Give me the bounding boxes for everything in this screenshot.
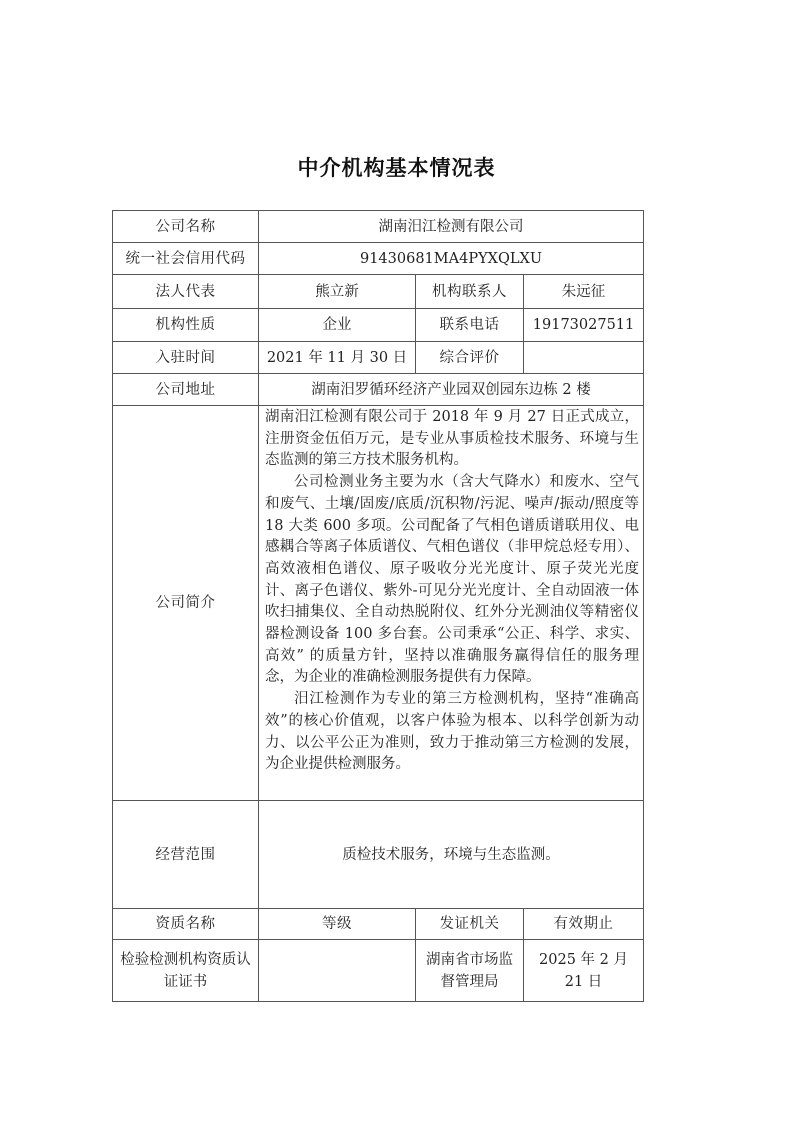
company-name-label: 公司名称 [113, 211, 259, 243]
row-intro: 公司简介 湖南汨江检测有限公司于 2018 年 9 月 27 日正式成立，注册资… [113, 406, 644, 801]
valid-until-header: 有效期止 [524, 909, 644, 940]
qualification-level [259, 940, 416, 1002]
company-name-value: 湖南汨江检测有限公司 [259, 211, 644, 243]
entry-date-value: 2021 年 11 月 30 日 [259, 342, 416, 374]
phone-value: 19173027511 [524, 309, 644, 342]
row-legal-rep: 法人代表 熊立新 机构联系人 朱远征 [113, 275, 644, 309]
row-company-name: 公司名称 湖南汨江检测有限公司 [113, 211, 644, 243]
legal-rep-value: 熊立新 [259, 275, 416, 309]
row-entry-date: 入驻时间 2021 年 11 月 30 日 综合评价 [113, 342, 644, 374]
issuing-authority: 湖南省市场监督管理局 [416, 940, 524, 1002]
qualification-name-header: 资质名称 [113, 909, 259, 940]
row-business-scope: 经营范围 质检技术服务，环境与生态监测。 [113, 801, 644, 909]
address-label: 公司地址 [113, 374, 259, 406]
address-value: 湖南汨罗循环经济产业园双创园东边栋 2 楼 [259, 374, 644, 406]
qualification-row: 检验检测机构资质认证证书 湖南省市场监督管理局 2025 年 2 月 21 日 [113, 940, 644, 1002]
intro-paragraph-2: 公司检测业务主要为水（含大气降水）和废水、空气和废气、土壤/固废/底质/沉积物/… [265, 472, 639, 689]
qualification-header-row: 资质名称 等级 发证机关 有效期止 [113, 909, 644, 940]
phone-label: 联系电话 [416, 309, 524, 342]
business-scope-value: 质检技术服务，环境与生态监测。 [259, 801, 644, 909]
row-credit-code: 统一社会信用代码 91430681MA4PYXQLXU [113, 243, 644, 275]
agency-info-table: 公司名称 湖南汨江检测有限公司 统一社会信用代码 91430681MA4PYXQ… [112, 210, 644, 1002]
intro-content: 湖南汨江检测有限公司于 2018 年 9 月 27 日正式成立，注册资金伍佰万元… [259, 406, 644, 801]
contact-person-value: 朱远征 [524, 275, 644, 309]
qualification-name: 检验检测机构资质认证证书 [113, 940, 259, 1002]
credit-code-label: 统一社会信用代码 [113, 243, 259, 275]
page-title: 中介机构基本情况表 [0, 152, 793, 182]
valid-until: 2025 年 2 月 21 日 [524, 940, 644, 1002]
rating-label: 综合评价 [416, 342, 524, 374]
contact-person-label: 机构联系人 [416, 275, 524, 309]
legal-rep-label: 法人代表 [113, 275, 259, 309]
org-type-label: 机构性质 [113, 309, 259, 342]
business-scope-label: 经营范围 [113, 801, 259, 909]
rating-value [524, 342, 644, 374]
row-address: 公司地址 湖南汨罗循环经济产业园双创园东边栋 2 楼 [113, 374, 644, 406]
row-org-type: 机构性质 企业 联系电话 19173027511 [113, 309, 644, 342]
intro-label: 公司简介 [113, 406, 259, 801]
org-type-value: 企业 [259, 309, 416, 342]
credit-code-value: 91430681MA4PYXQLXU [259, 243, 644, 275]
intro-paragraph-1: 湖南汨江检测有限公司于 2018 年 9 月 27 日正式成立，注册资金伍佰万元… [265, 407, 639, 472]
entry-date-label: 入驻时间 [113, 342, 259, 374]
intro-paragraph-3: 汨江检测作为专业的第三方检测机构，坚持“准确高效”的核心价值观，以客户体验为根本… [265, 689, 639, 776]
qualification-level-header: 等级 [259, 909, 416, 940]
issuing-authority-header: 发证机关 [416, 909, 524, 940]
